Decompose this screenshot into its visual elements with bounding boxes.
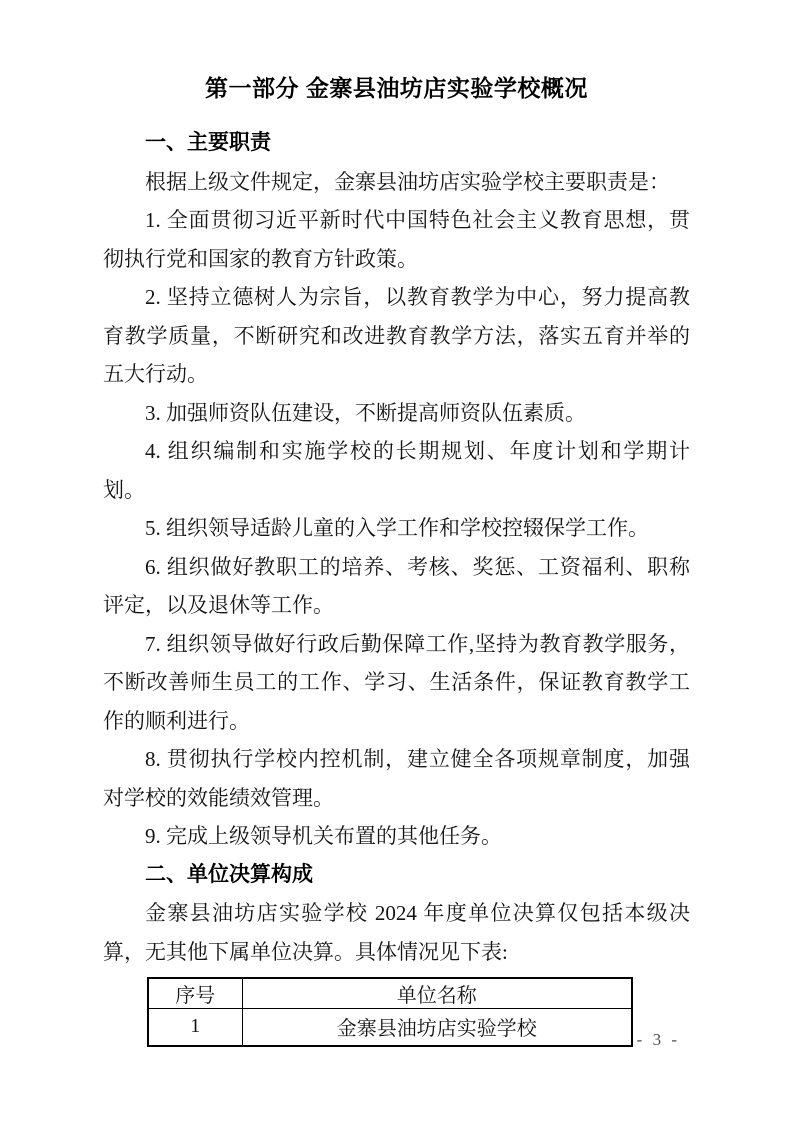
unit-list-table-body: 1 金寨县油坊店实验学校 [148,1009,632,1046]
section-budget-composition: 二、单位决算构成 金寨县油坊店实验学校 2024 年度单位决算仅包括本级决算，无… [103,856,690,1047]
page-number: - 3 - [637,1030,680,1050]
table-header-row: 序号 单位名称 [148,978,632,1009]
duty-item-1: 1. 全面贯彻习近平新时代中国特色社会主义教育思想，贯彻执行党和国家的教育方针政… [103,201,690,278]
duty-item-7: 7. 组织领导做好行政后勤保障工作,坚持为教育教学服务，不断改善师生员工的工作、… [103,625,690,741]
duty-item-3: 3. 加强师资队伍建设，不断提高师资队伍素质。 [103,394,690,433]
cell-unit-name: 金寨县油坊店实验学校 [242,1009,632,1046]
duty-item-2: 2. 坚持立德树人为宗旨，以教育教学为中心，努力提高教育教学质量，不断研究和改进… [103,278,690,394]
duty-item-8: 8. 贯彻执行学校内控机制，建立健全各项规章制度，加强对学校的效能绩效管理。 [103,740,690,817]
section-main-duties-heading: 一、主要职责 [103,124,690,163]
table-row: 1 金寨县油坊店实验学校 [148,1009,632,1046]
duty-item-5: 5. 组织领导适龄儿童的入学工作和学校控辍保学工作。 [103,509,690,548]
duty-item-6: 6. 组织做好教职工的培养、考核、奖惩、工资福利、职称评定，以及退休等工作。 [103,548,690,625]
col-header-unit-name: 单位名称 [242,978,632,1009]
budget-composition-intro: 金寨县油坊店实验学校 2024 年度单位决算仅包括本级决算，无其他下属单位决算。… [103,894,690,971]
document-title: 第一部分 金寨县油坊店实验学校概况 [103,68,690,108]
col-header-index: 序号 [148,978,242,1009]
document-page: 第一部分 金寨县油坊店实验学校概况 一、主要职责 根据上级文件规定，金寨县油坊店… [0,0,793,1122]
unit-list-table: 序号 单位名称 1 金寨县油坊店实验学校 [147,977,633,1047]
section-main-duties: 一、主要职责 根据上级文件规定，金寨县油坊店实验学校主要职责是： 1. 全面贯彻… [103,124,690,856]
cell-index: 1 [148,1009,242,1046]
section-budget-composition-heading: 二、单位决算构成 [103,856,690,895]
main-duties-intro: 根据上级文件规定，金寨县油坊店实验学校主要职责是： [103,163,690,202]
duty-item-4: 4. 组织编制和实施学校的长期规划、年度计划和学期计划。 [103,432,690,509]
unit-list-table-head: 序号 单位名称 [148,978,632,1009]
duty-item-9: 9. 完成上级领导机关布置的其他任务。 [103,817,690,856]
